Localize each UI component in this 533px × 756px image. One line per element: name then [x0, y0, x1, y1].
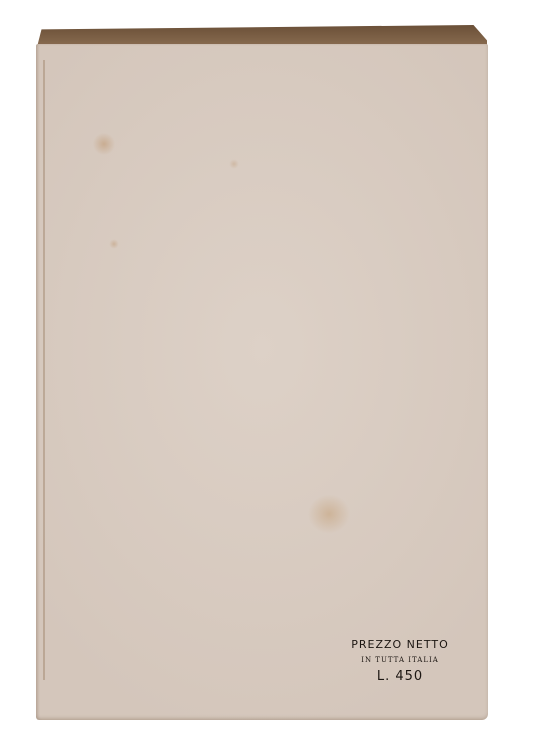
price-value: L. 450 — [335, 669, 465, 684]
price-label: PREZZO NETTO IN TUTTA ITALIA L. 450 — [335, 638, 465, 684]
price-subtitle: IN TUTTA ITALIA — [335, 656, 465, 664]
price-title: PREZZO NETTO — [335, 638, 465, 651]
book-back-cover — [36, 44, 488, 720]
spine-crease — [43, 60, 45, 680]
